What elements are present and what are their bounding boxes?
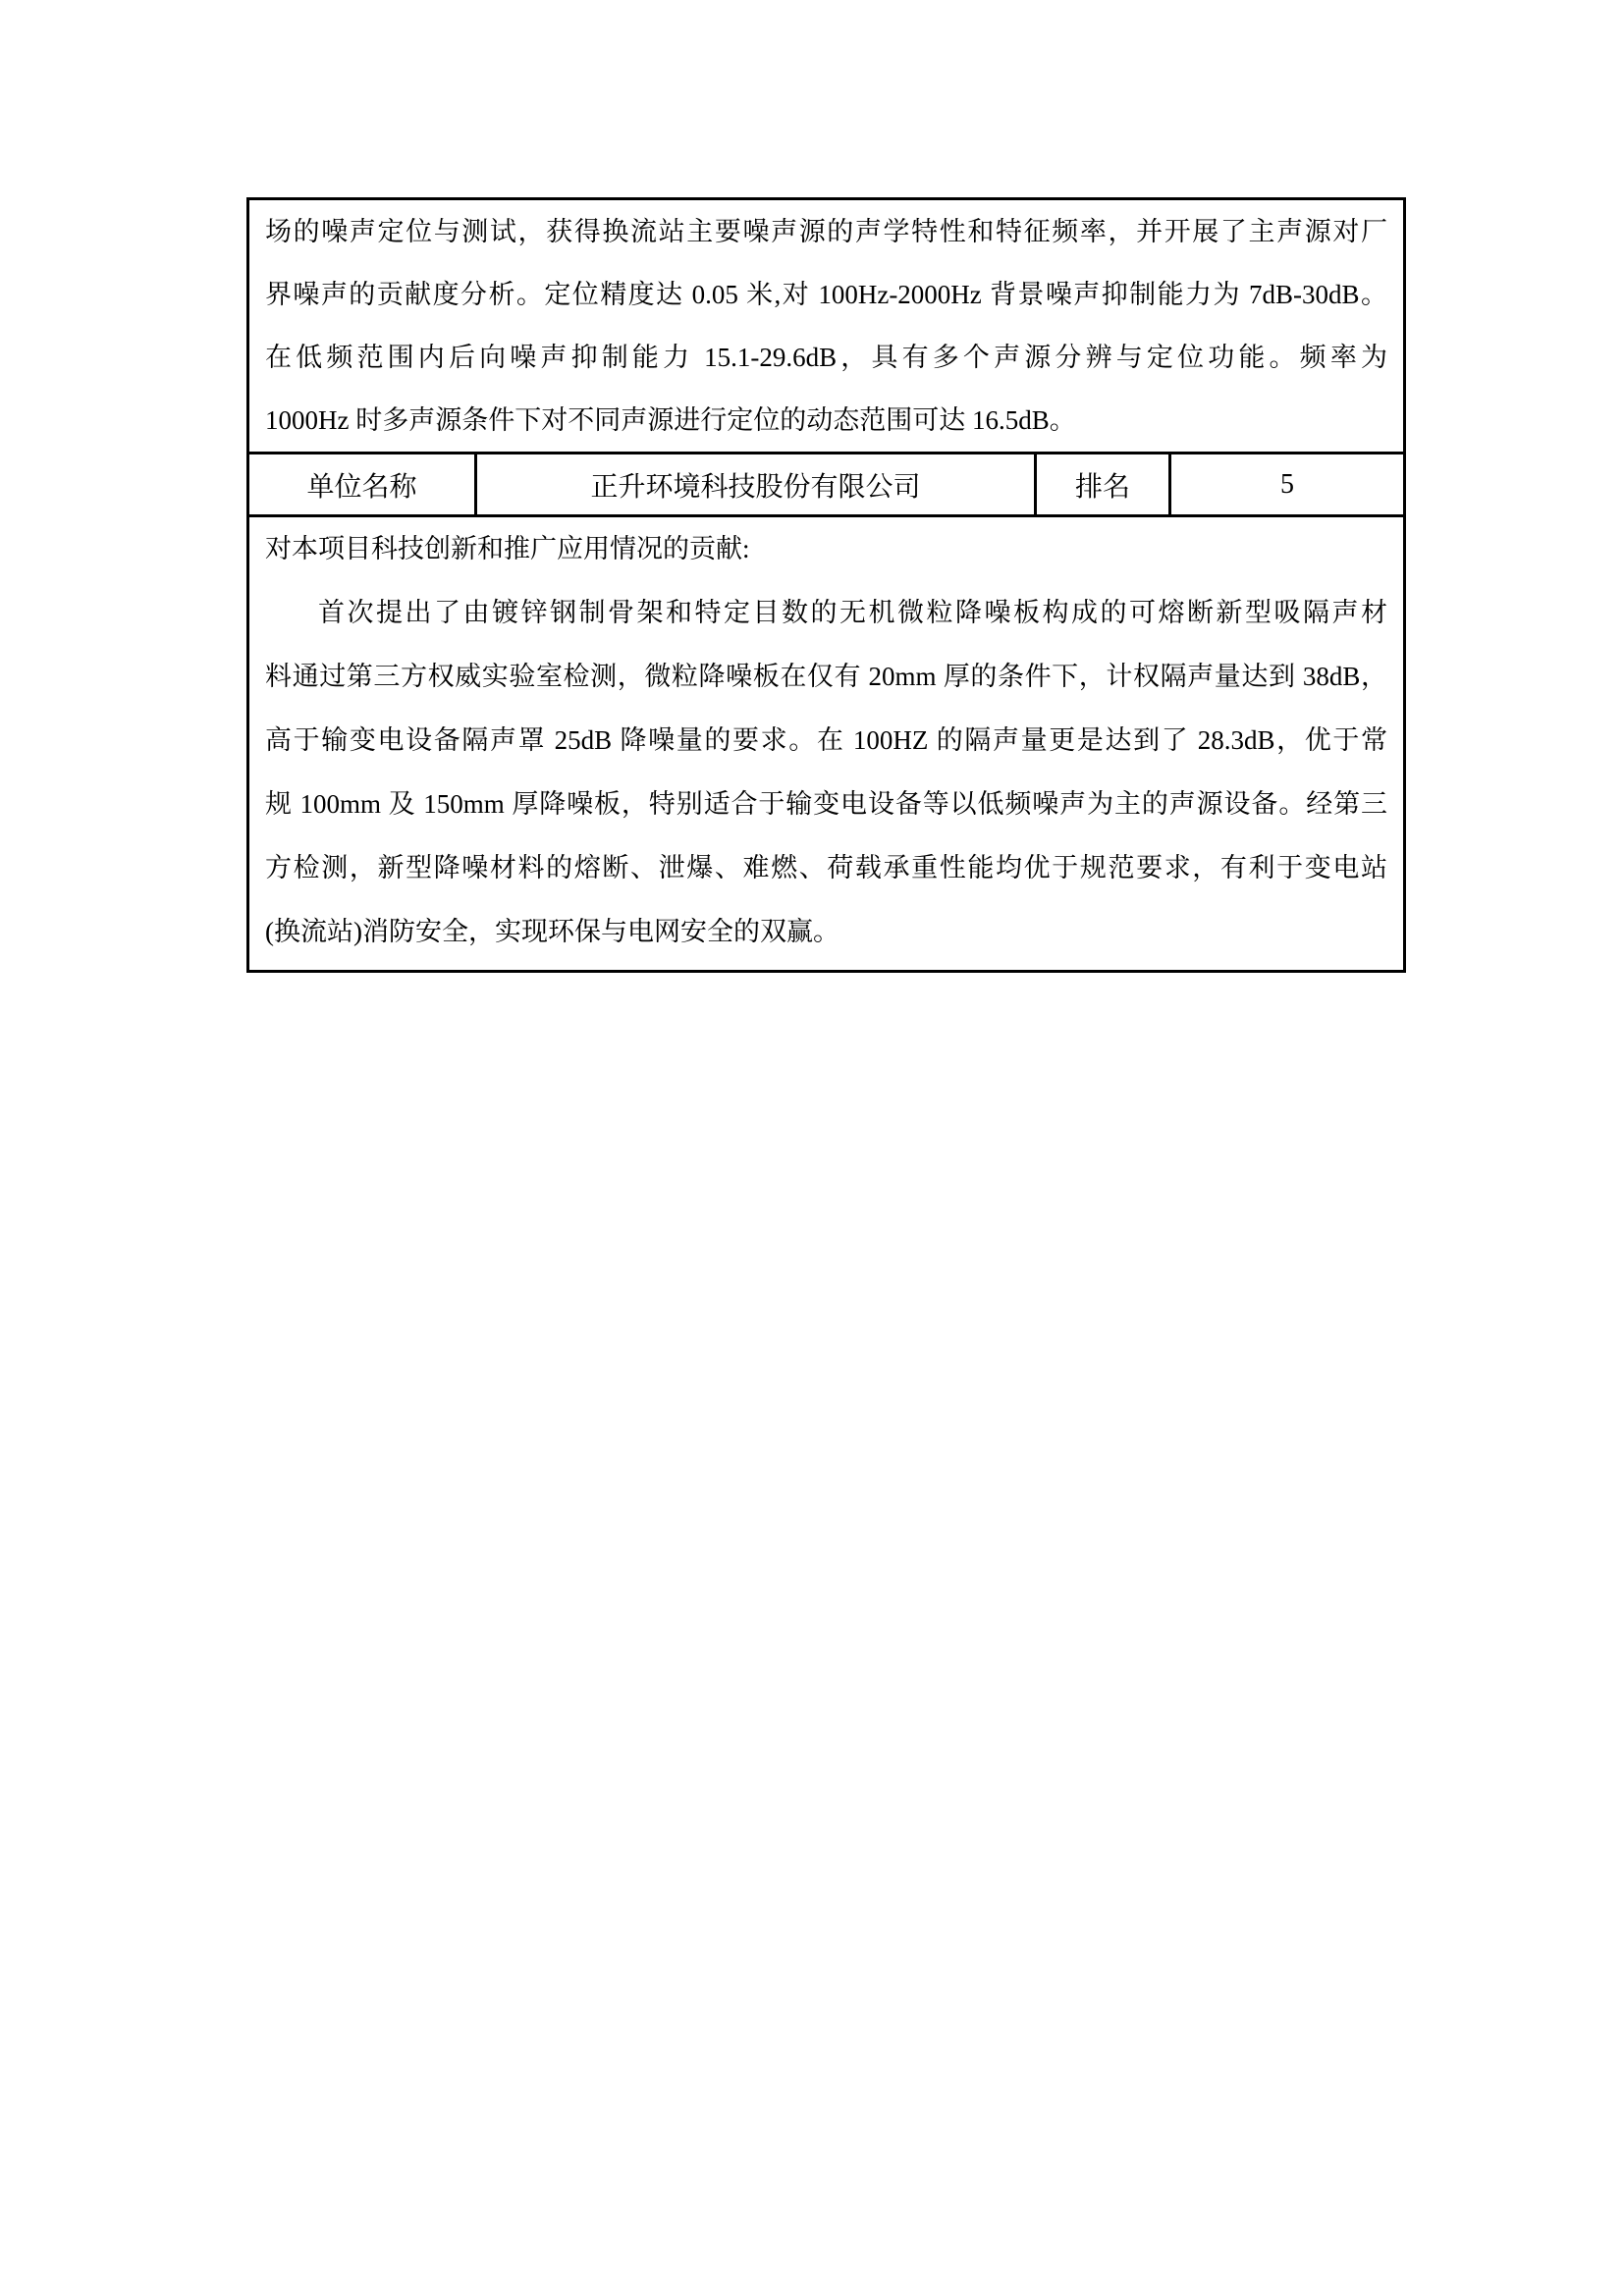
contribution-line: 规 100mm 及 150mm 厚降噪板，特别适合于输变电设备等以低频噪声为主的… [265, 773, 1387, 836]
rank-label: 排名 [1075, 465, 1130, 505]
contribution-line: 首次提出了由镀锌钢制骨架和特定目数的无机微粒降噪板构成的可熔断新型吸隔声材 [265, 581, 1387, 645]
paragraph-line: 场的噪声定位与测试，获得换流站主要噪声源的声学特性和特征频率，并开展了主声源对厂 [265, 200, 1387, 263]
form-table: 场的噪声定位与测试，获得换流站主要噪声源的声学特性和特征频率，并开展了主声源对厂… [246, 197, 1406, 973]
contribution-line: 料通过第三方权威实验室检测，微粒降噪板在仅有 20mm 厚的条件下，计权隔声量达… [265, 645, 1387, 709]
contribution-line: 高于输变电设备隔声罩 25dB 降噪量的要求。在 100HZ 的隔声量更是达到了… [265, 709, 1387, 773]
contribution-cell: 对本项目科技创新和推广应用情况的贡献: 首次提出了由镀锌钢制骨架和特定目数的无机… [249, 517, 1403, 970]
paragraph-line: 1000Hz 时多声源条件下对不同声源进行定位的动态范围可达 16.5dB。 [265, 389, 1387, 452]
noise-testing-paragraph-cell: 场的噪声定位与测试，获得换流站主要噪声源的声学特性和特征频率，并开展了主声源对厂… [249, 200, 1403, 452]
unit-name-label-cell: 单位名称 [249, 454, 477, 514]
unit-rank-row: 单位名称 正升环境科技股份有限公司 排名 5 [249, 452, 1403, 517]
paragraph-line: 界噪声的贡献度分析。定位精度达 0.05 米,对 100Hz-2000Hz 背景… [265, 263, 1387, 326]
company-name: 正升环境科技股份有限公司 [590, 465, 920, 505]
unit-name-value-cell: 正升环境科技股份有限公司 [477, 454, 1037, 514]
paragraph-line: 在低频范围内后向噪声抑制能力 15.1-29.6dB，具有多个声源分辨与定位功能… [265, 326, 1387, 389]
contribution-line: (换流站)消防安全，实现环保与电网安全的双赢。 [265, 900, 1387, 964]
rank-value-cell: 5 [1171, 454, 1403, 514]
rank-label-cell: 排名 [1037, 454, 1171, 514]
contribution-heading: 对本项目科技创新和推广应用情况的贡献: [265, 517, 1387, 581]
contribution-line: 方检测，新型降噪材料的熔断、泄爆、难燃、荷载承重性能均优于规范要求，有利于变电站 [265, 836, 1387, 900]
rank-value: 5 [1280, 469, 1294, 501]
document-page: 场的噪声定位与测试，获得换流站主要噪声源的声学特性和特征频率，并开展了主声源对厂… [0, 0, 1624, 2296]
unit-name-label: 单位名称 [306, 465, 416, 505]
